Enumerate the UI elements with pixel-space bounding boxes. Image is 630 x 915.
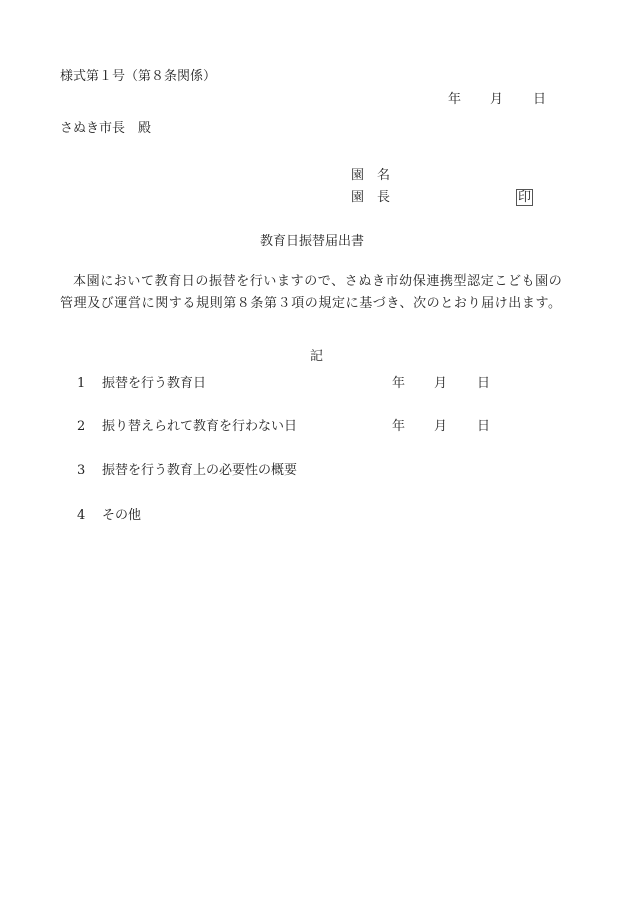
date-month-label: 月 [490, 92, 503, 108]
item-month-label: 月 [434, 419, 447, 435]
item-number: 4 [77, 508, 85, 524]
item-label: 振替を行う教育上の必要性の概要 [102, 463, 297, 479]
form-number: 様式第１号（第８条関係） [60, 69, 216, 85]
date-day-label: 日 [533, 92, 546, 108]
seal-icon: 印 [516, 189, 533, 206]
item-year-label: 年 [392, 376, 405, 392]
ki-heading: 記 [310, 349, 323, 365]
document-title: 教育日振替届出書 [260, 234, 364, 250]
item-number: 1 [77, 376, 85, 392]
item-year-label: 年 [392, 419, 405, 435]
item-label: 振り替えられて教育を行わない日 [102, 419, 297, 435]
item-number: 2 [77, 419, 85, 435]
item-number: 3 [77, 463, 85, 479]
kindergarten-name-label: 園 名 [351, 168, 390, 184]
seal-mark: 印 [516, 189, 533, 206]
item-day-label: 日 [477, 419, 490, 435]
item-day-label: 日 [477, 376, 490, 392]
item-label: その他 [102, 508, 141, 524]
date-year-label: 年 [448, 92, 461, 108]
body-paragraph: 本園において教育日の振替を行いますので、さぬき市幼保連携型認定こども園の管理及び… [60, 271, 565, 315]
principal-label: 園 長 [351, 190, 390, 206]
item-label: 振替を行う教育日 [102, 376, 206, 392]
addressee: さぬき市長 殿 [60, 121, 151, 137]
item-month-label: 月 [434, 376, 447, 392]
